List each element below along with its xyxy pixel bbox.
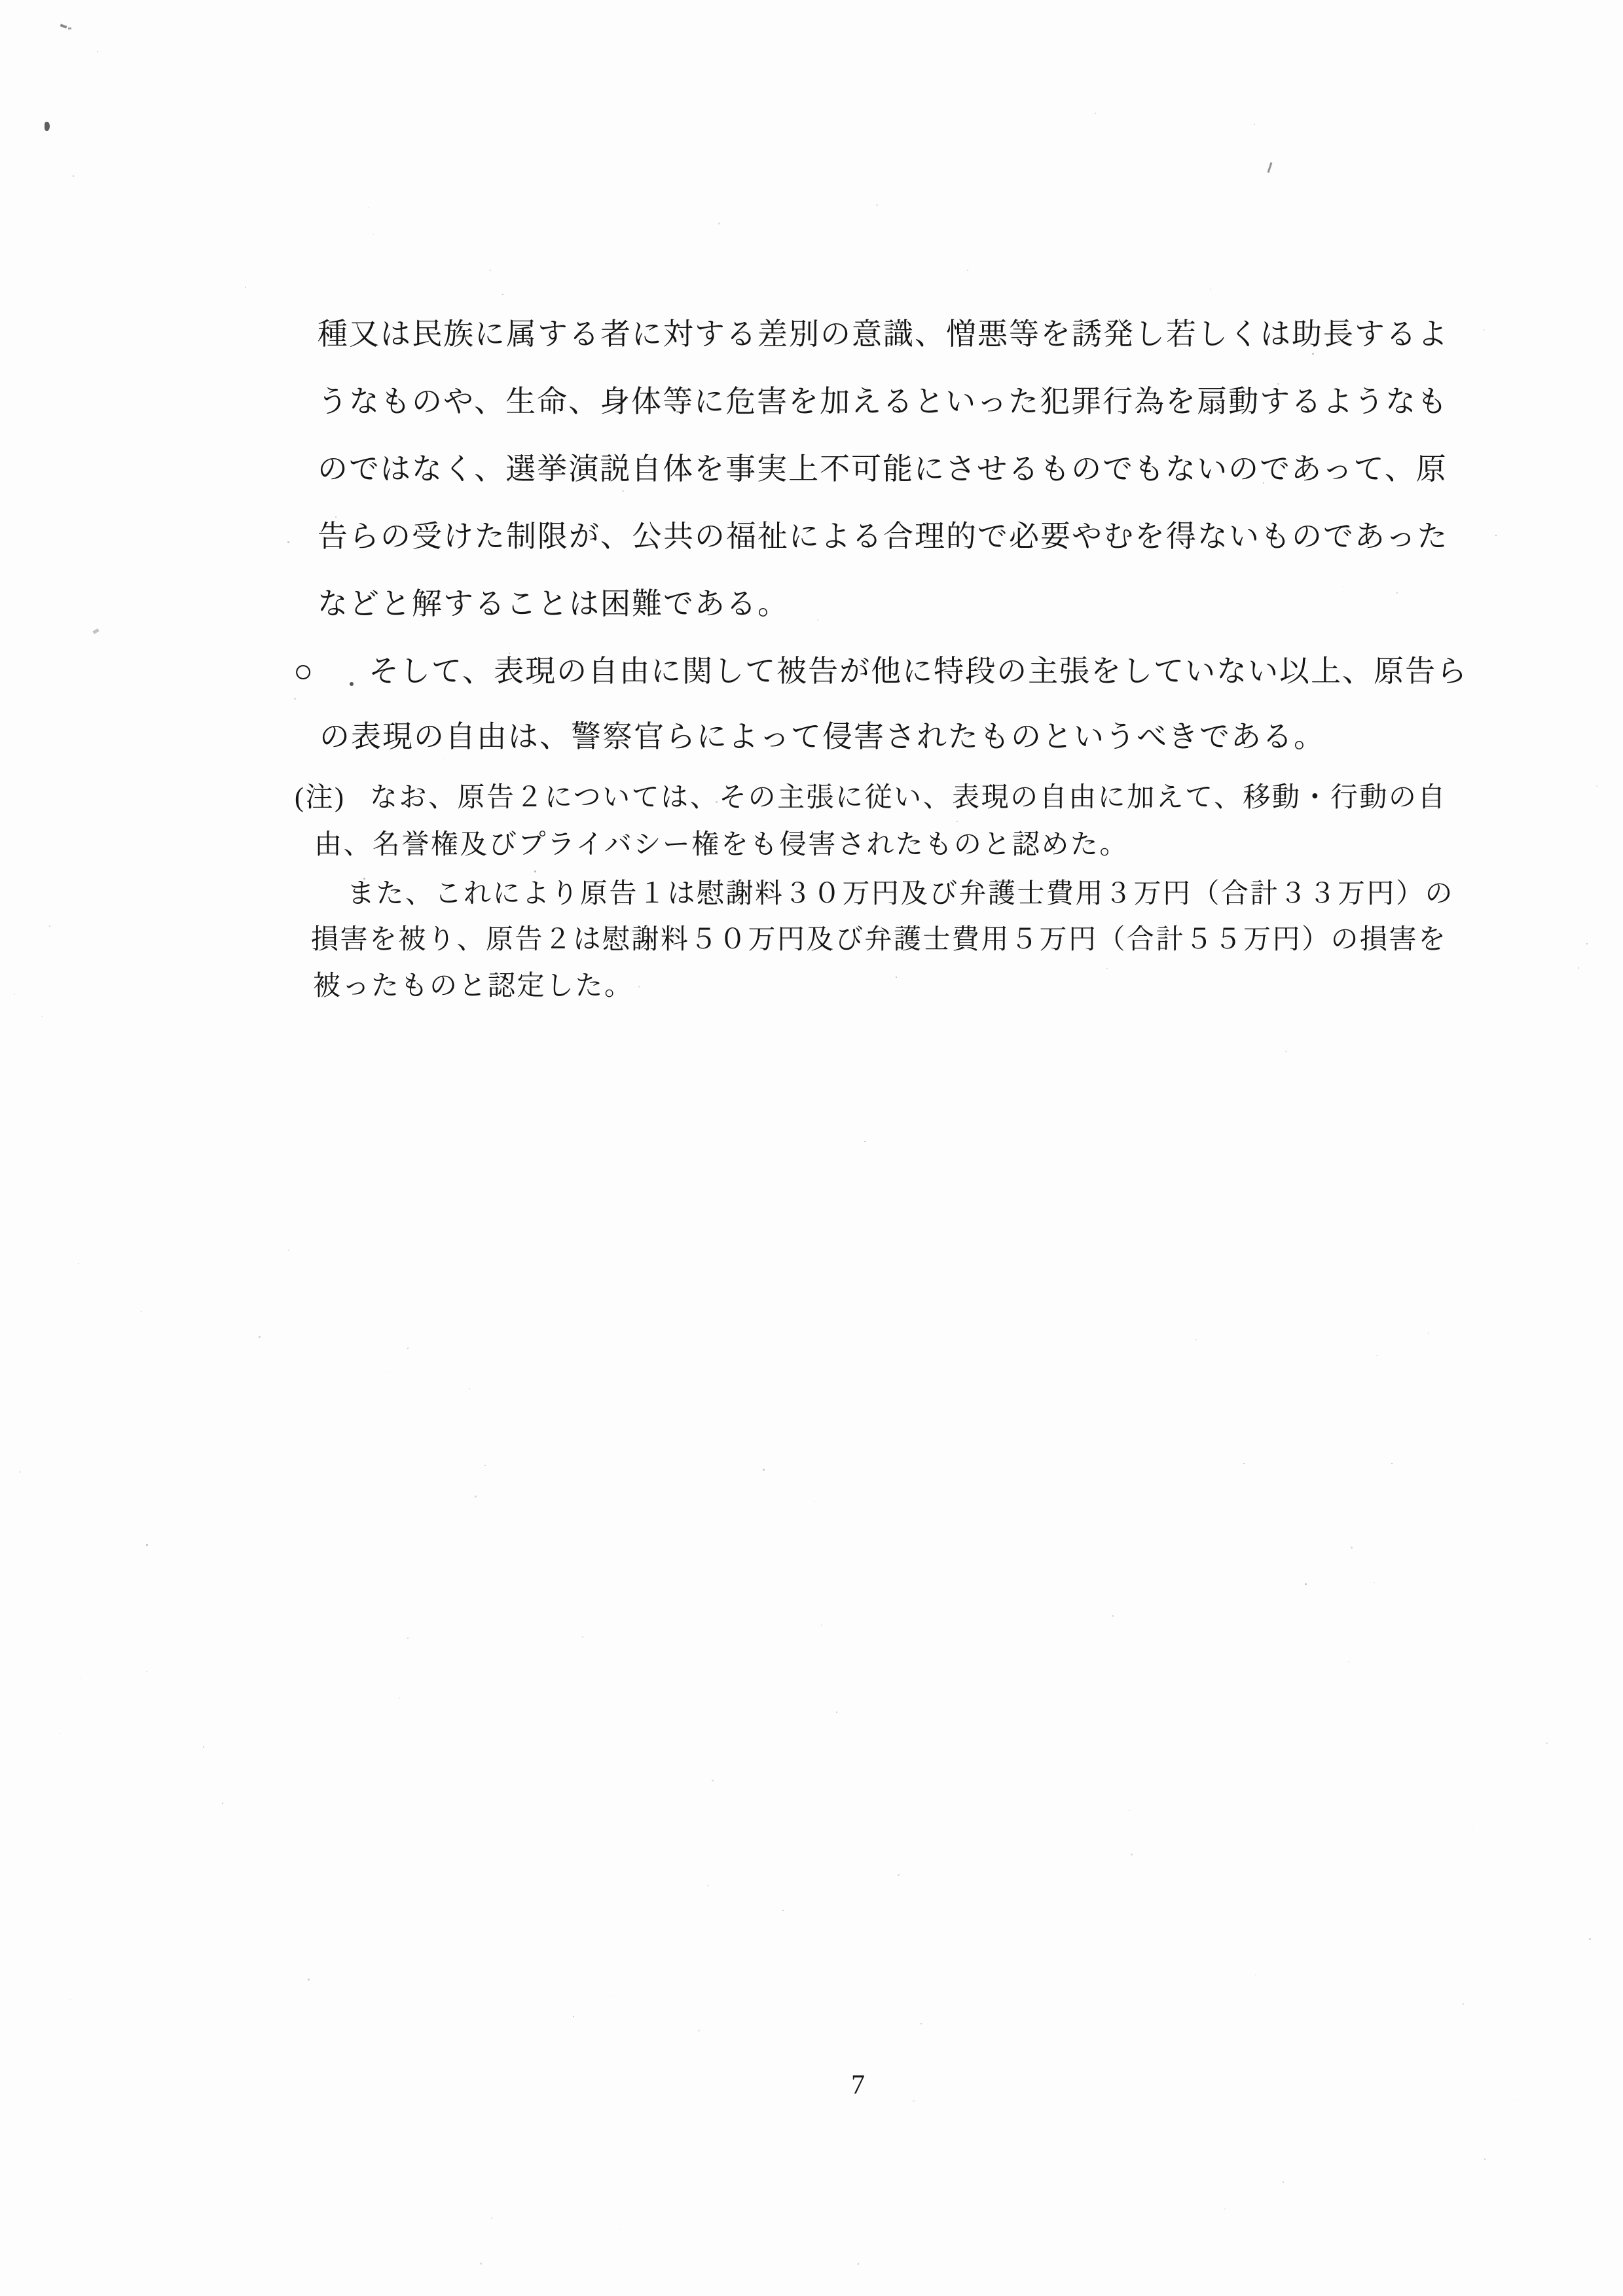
noise-speck [613,1995,614,1996]
note-line: なお、原告２については、その主張に従い、表現の自由に加えて、移動・行動の自 [370,784,1447,812]
noise-speck [49,925,50,927]
noise-speck [490,270,491,271]
noise-speck [81,1678,81,1679]
noise-speck [621,2229,621,2230]
noise-speck [1376,1355,1377,1356]
noise-speck [763,1469,765,1471]
noise-speck [287,541,289,543]
noise-speck [20,1471,21,1473]
paragraph-line: のではなく、選挙演説自体を事実上不可能にさせるものでもないのであって、原 [318,454,1448,484]
noise-speck [1255,1975,1256,1975]
noise-speck [73,175,74,177]
noise-speck [1596,785,1597,787]
scan-artifact [68,27,71,29]
noise-speck [1586,943,1588,944]
note-line: 被ったものと認定した。 [313,973,634,1000]
scan-artifact [60,24,67,28]
noise-speck [967,270,968,271]
bullet-line: の表現の自由は、警察官らによって侵害されたものというべきである。 [319,722,1325,752]
bullet-line: そして、表現の自由に関して被告が他に特段の主張をしていない以上、原告ら [369,656,1468,687]
noise-speck [821,1624,822,1626]
noise-speck [368,207,369,208]
noise-speck [1535,1733,1535,1734]
noise-speck [70,1999,71,2000]
noise-speck [836,1712,837,1713]
noise-speck [1484,2159,1486,2160]
noise-speck [407,1348,409,1349]
noise-speck [259,1336,261,1338]
scan-artifact [92,628,99,634]
noise-speck [1129,1810,1130,1811]
note-line: 損害を被り、原告２は慰謝料５０万円及び弁護士費用５万円（合計５５万円）の損害を [311,926,1448,954]
noise-speck [14,994,15,995]
noise-speck [294,698,296,700]
noise-speck [1195,1339,1197,1340]
noise-speck [1484,329,1485,331]
paragraph-line: 種又は民族に属する者に対する差別の意識、憎悪等を誘発し若しくは助長するよ [318,319,1449,350]
noise-speck [814,1501,815,1502]
noise-speck [864,1141,866,1142]
noise-speck [146,1671,147,1672]
noise-speck [718,223,720,224]
noise-speck [502,294,503,295]
noise-speck [913,2100,915,2102]
paragraph-line: うなものや、生命、身体等に危害を加えるといった犯罪行為を扇動するようなも [318,387,1448,417]
noise-speck [1224,2208,1226,2210]
noise-speck [399,1697,400,1698]
noise-speck [146,1544,148,1546]
noise-speck [97,51,98,52]
noise-speck [896,977,897,978]
noise-speck [1305,1583,1307,1585]
noise-speck [1343,586,1344,587]
noise-speck [288,1249,289,1251]
noise-speck [782,1910,784,1911]
noise-speck [707,1885,708,1886]
noise-speck [1243,1463,1245,1464]
noise-speck [389,1372,390,1372]
noise-speck [898,1874,900,1876]
noise-speck [1351,1547,1353,1549]
noise-speck [1518,2100,1518,2100]
noise-speck [444,759,445,759]
noise-speck [1095,113,1096,114]
noise-speck [534,870,536,872]
noise-speck [480,2263,482,2265]
noise-speck [1428,1333,1429,1334]
noise-speck [225,245,225,246]
noise-speck [59,1733,60,1734]
noise-speck [1285,1050,1287,1052]
noise-speck [469,1388,470,1390]
noise-speck [698,2030,700,2032]
noise-speck [491,2217,492,2219]
paragraph-line: 告らの受けた制限が、公共の福祉による合理的で必要やむを得ないものであった [318,522,1449,552]
noise-speck [1546,1742,1548,1744]
noise-speck [622,490,624,492]
note-line: 由、名誉権及びプライバシー権をも侵害されたものと認めた。 [314,831,1129,859]
noise-speck [1578,967,1579,969]
scanned-document-page: 種又は民族に属する者に対する差別の意識、憎悪等を誘発し若しくは助長するよ うなも… [0,0,1623,2296]
noise-speck [203,1746,204,1748]
noise-speck [222,1803,223,1804]
noise-speck [1131,1854,1133,1856]
noise-speck [817,619,818,620]
noise-speck [1254,124,1255,125]
noise-speck [673,1113,674,1113]
noise-speck [1396,592,1398,594]
noise-speck [1112,1615,1114,1617]
noise-speck [373,234,374,235]
circle-bullet-marker: ○ [293,655,313,687]
noise-speck [1106,968,1108,969]
noise-speck [1283,2181,1284,2183]
noise-speck [1312,353,1314,355]
noise-speck [858,2263,859,2265]
note-line: また、これにより原告１は慰謝料３０万円及び弁護士費用３万円（合計３３万円）の [347,880,1454,908]
noise-speck [638,986,640,988]
noise-speck [141,1311,142,1312]
noise-speck [573,2016,574,2017]
noise-speck [505,1204,505,1204]
noise-speck [582,1636,583,1638]
noise-speck [335,516,337,518]
paragraph-line: などと解することは困難である。 [318,589,789,619]
scan-artifact [350,682,354,686]
noise-speck [1374,1582,1375,1583]
noise-speck [308,1979,310,1981]
noise-speck [1391,1463,1393,1464]
noise-speck [407,1638,409,1639]
scan-artifact [45,122,50,131]
noise-speck [921,2023,922,2024]
noise-speck [484,1465,486,1466]
noise-speck [1589,1938,1591,1940]
noise-speck [1210,289,1211,290]
noise-speck [41,1016,43,1017]
scan-artifact [1267,162,1273,173]
page-number: 7 [851,2070,865,2101]
noise-speck [509,653,510,654]
noise-speck [475,1496,477,1498]
noise-speck [876,204,878,206]
noise-speck [1463,2003,1464,2005]
noise-speck [1472,1830,1472,1831]
noise-speck [245,287,246,288]
note-label: (注) [295,784,345,812]
noise-speck [78,1263,79,1264]
noise-speck [957,821,958,822]
noise-speck [712,1780,714,1782]
noise-speck [1349,1661,1349,1662]
noise-speck [1495,535,1497,536]
